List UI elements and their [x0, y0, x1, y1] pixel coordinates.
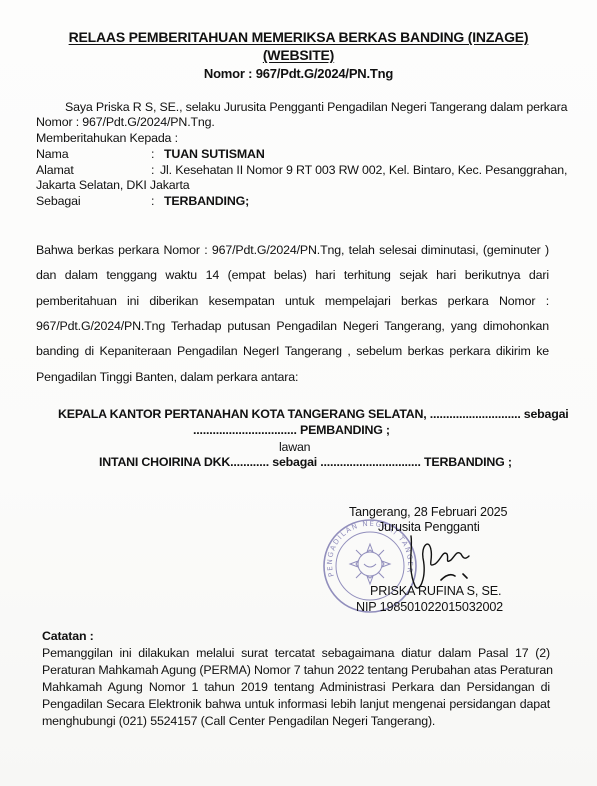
- title-line-2: (WEBSITE): [263, 47, 334, 63]
- body-line-2: dan dalam tenggang waktu 14 (empat belas…: [36, 268, 549, 282]
- party-line-2: ................................ PEMBAND…: [193, 423, 390, 437]
- intro-line-3: Memberitahukan Kepada :: [36, 131, 178, 146]
- title-line-1: RELAAS PEMBERITAHUAN MEMERIKSA BERKAS BA…: [69, 29, 529, 45]
- body-line-6: Pengadilan Tinggi Banten, dalam perkara …: [36, 370, 549, 384]
- document-title: RELAAS PEMBERITAHUAN MEMERIKSA BERKAS BA…: [0, 29, 597, 45]
- document-subtitle: (WEBSITE): [0, 47, 597, 63]
- document-page: RELAAS PEMBERITAHUAN MEMERIKSA BERKAS BA…: [0, 0, 597, 786]
- role-value: TERBANDING;: [164, 194, 249, 209]
- name-value: TUAN SUTISMAN: [164, 147, 265, 162]
- signer-name: PRISKA RUFINA S, SE.: [370, 584, 501, 599]
- case-number: Nomor : 967/Pdt.G/2024/PN.Tng: [0, 66, 597, 81]
- body-line-1: Bahwa berkas perkara Nomor : 967/Pdt.G/2…: [36, 243, 549, 257]
- party-versus: lawan: [279, 440, 310, 454]
- body-line-5: banding di Kepaniteraan Pengadilan Neger…: [36, 344, 549, 358]
- address-value-line-2: Jakarta Selatan, DKI Jakarta: [36, 178, 190, 193]
- notes-line-2: Peraturan Mahkamah Agung (PERMA) Nomor 7…: [42, 663, 550, 677]
- role-separator: :: [151, 194, 154, 209]
- name-separator: :: [151, 147, 154, 162]
- party-line-1: KEPALA KANTOR PERTANAHAN KOTA TANGERANG …: [58, 407, 569, 421]
- notes-line-5: menghubungi (021) 5524157 (Call Center P…: [42, 714, 550, 728]
- notes-line-3: Mahkamah Agung Nomor 1 tahun 2019 tentan…: [42, 680, 550, 694]
- address-value-line-1: Jl. Kesehatan II Nomor 9 RT 003 RW 002, …: [160, 163, 567, 178]
- notes-heading: Catatan :: [42, 629, 94, 644]
- address-label: Alamat: [36, 163, 74, 178]
- signer-position: Jurusita Pengganti: [378, 520, 480, 535]
- intro-line-2: Nomor : 967/Pdt.G/2024/PN.Tng.: [36, 115, 215, 130]
- notes-line-4: Pengadilan Secara Elektronik bahwa untuk…: [42, 697, 550, 711]
- address-separator: :: [151, 163, 154, 178]
- body-line-3: pemberitahuan ini diberikan kesempatan u…: [36, 294, 549, 308]
- intro-line-1: Saya Priska R S, SE., selaku Jurusita Pe…: [65, 100, 567, 115]
- name-label: Nama: [36, 147, 68, 162]
- role-label: Sebagai: [36, 194, 80, 209]
- notes-line-1: Pemanggilan ini dilakukan melalui surat …: [42, 646, 550, 660]
- party-line-4: INTANI CHOIRINA DKK............ sebagai …: [99, 455, 512, 469]
- place-date: Tangerang, 28 Februari 2025: [349, 505, 507, 520]
- body-line-4: 967/Pdt.G/2024/PN.Tng Terhadap putusan P…: [36, 319, 549, 333]
- signer-nip: NIP 198501022015032002: [356, 600, 503, 615]
